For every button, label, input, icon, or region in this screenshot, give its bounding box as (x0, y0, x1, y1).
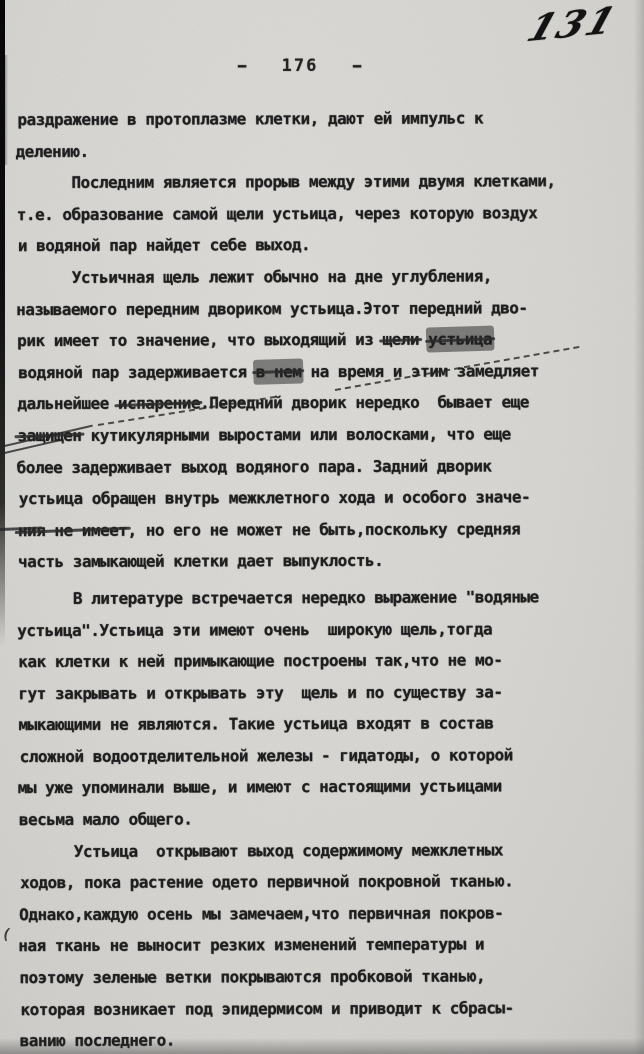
text-line: дальнейшее испарение.Передний дворик нер… (17, 386, 632, 420)
text-line: весьма мало общего. (19, 802, 634, 836)
text-line: которая возникает под эпидермисом и прив… (20, 992, 635, 1026)
text-line: называемого передним двориком устьица.Эт… (16, 291, 631, 325)
text-segment: ная ткань не выносит резких изменений те… (18, 935, 484, 956)
text-segment: на время и этим замедляет (301, 361, 539, 381)
text-line: Устьица открывают выход содержимому межк… (19, 834, 634, 868)
text-segment: и водяной пар найдет себе выход. (18, 235, 310, 255)
text-line: мы уже упоминали выше, и имеют с настоящ… (18, 770, 633, 804)
text-segment: Однако,каждую осень мы замечаем,что перв… (19, 903, 503, 924)
text-segment: более задерживает выход водяного пара. З… (17, 456, 492, 477)
text-segment: В литературе встречается нередко выражен… (18, 587, 539, 608)
text-segment: гут закрывать и открывать эту щель и по … (18, 682, 502, 703)
text-segment: поэтому зеленые ветки покрываются пробко… (19, 966, 485, 987)
text-segment: мыкающими не являются. Такие устьица вхо… (18, 714, 493, 735)
text-line: сложной водоотделительной железы - гидат… (20, 739, 635, 773)
text-line: как клетки к ней примыкающие построены т… (18, 644, 633, 678)
text-segment: делению. (15, 141, 88, 160)
text-line: ванию последнего. (20, 1023, 635, 1054)
text-segment: мы уже упоминали выше, и имеют с настоящ… (18, 777, 502, 798)
text-line: часть замыкающей клетки дает выпуклость. (18, 544, 633, 578)
page-header: -176- (0, 56, 600, 76)
scanned-document-page: 131 -176- раздражение в протоплазме клет… (0, 0, 644, 1054)
text-segment: рик имеет то значение, что выходящий из (17, 330, 382, 350)
text-line: устьица".Устьица эти имеют очень широкую… (17, 612, 632, 646)
text-line: мыкающими не являются. Такие устьица вхо… (18, 707, 633, 741)
text-line: защищен кутикулярными выростами или воло… (17, 418, 632, 452)
page-number: 176 (282, 56, 319, 76)
text-segment: ванию последнего. (20, 1031, 175, 1051)
text-segment: дальнейшее (17, 394, 118, 413)
text-segment: сложной водоотделительной железы - гидат… (20, 745, 513, 766)
text-segment: т.е. образование самой щели устьица, чер… (17, 203, 538, 224)
text-segment: как клетки к ней примыкающие построены т… (18, 650, 502, 671)
scan-right-edge-shade (634, 0, 644, 1054)
text-segment: Устьичная щель лежит обычно на дне углуб… (17, 266, 492, 287)
text-line: т.е. образование самой щели устьица, чер… (17, 197, 632, 231)
text-segment: называемого передним двориком устьица.Эт… (16, 298, 528, 319)
text-block: раздражение в протоплазме клетки, дают е… (16, 102, 634, 1054)
text-line: ная ткань не выносит резких изменений те… (18, 928, 633, 962)
text-segment: раздражение в протоплазме клетки, дают е… (17, 108, 483, 129)
struck-text: в нем (256, 356, 302, 388)
text-line: более задерживает выход водяного пара. З… (17, 449, 632, 483)
text-segment: ходов, пока растение одето первичной пок… (20, 872, 513, 893)
page-number-right-dash: - (349, 56, 365, 76)
text-line: рик имеет то значение, что выходящий из … (17, 323, 632, 357)
struck-text: устьица (428, 324, 492, 356)
text-segment: часть замыкающей клетки дает выпуклость. (18, 551, 383, 571)
text-segment: Устьица открывают выход содержимому межк… (19, 840, 503, 861)
text-line: ния не имеет, но его не может не быть,по… (18, 513, 633, 547)
text-segment: кутикулярными выростами или волосками, ч… (81, 424, 510, 444)
text-line: раздражение в протоплазме клетки, дают е… (17, 102, 632, 136)
text-line: водяной пар задерживается в нем на время… (18, 355, 633, 389)
text-line: поэтому зеленые ветки покрываются пробко… (19, 960, 634, 994)
text-segment: которая возникает под эпидермисом и прив… (20, 998, 513, 1019)
text-line: Последним является прорыв между этими дв… (17, 165, 632, 199)
text-line: делению. (15, 134, 630, 168)
text-line: и водяной пар найдет себе выход. (18, 228, 633, 262)
text-line: устьица обращен внутрь межклетного хода … (19, 481, 634, 515)
struck-text: защищен (17, 420, 81, 452)
text-line: гут закрывать и открывать эту щель и по … (18, 676, 633, 710)
ink-smudge: ( (0, 924, 13, 944)
text-line: ходов, пока растение одето первичной пок… (20, 865, 635, 899)
text-segment: , но его не может не быть,поскольку сред… (127, 519, 520, 539)
text-segment: устьица обращен внутрь межклетного хода … (19, 487, 531, 508)
text-segment: весьма мало общего. (19, 810, 193, 830)
text-segment: водяной пар задерживается (18, 362, 256, 382)
page-number-left-dash: - (234, 56, 250, 76)
handwritten-page-number: 131 (522, 0, 624, 50)
text-segment: .Передний дворик нередко бывает еще (200, 393, 529, 413)
text-segment: устьица".Устьица эти имеют очень широкую… (17, 619, 492, 640)
text-segment: Последним является прорыв между этими дв… (17, 171, 556, 192)
text-line: В литературе встречается нередко выражен… (18, 581, 633, 615)
struck-text: испарение (118, 388, 200, 420)
text-line: Устьичная щель лежит обычно на дне углуб… (17, 260, 632, 294)
struck-text: ния не имеет (18, 514, 128, 546)
struck-text: щели (382, 324, 419, 356)
text-line: Однако,каждую осень мы замечаем,что перв… (19, 897, 634, 931)
